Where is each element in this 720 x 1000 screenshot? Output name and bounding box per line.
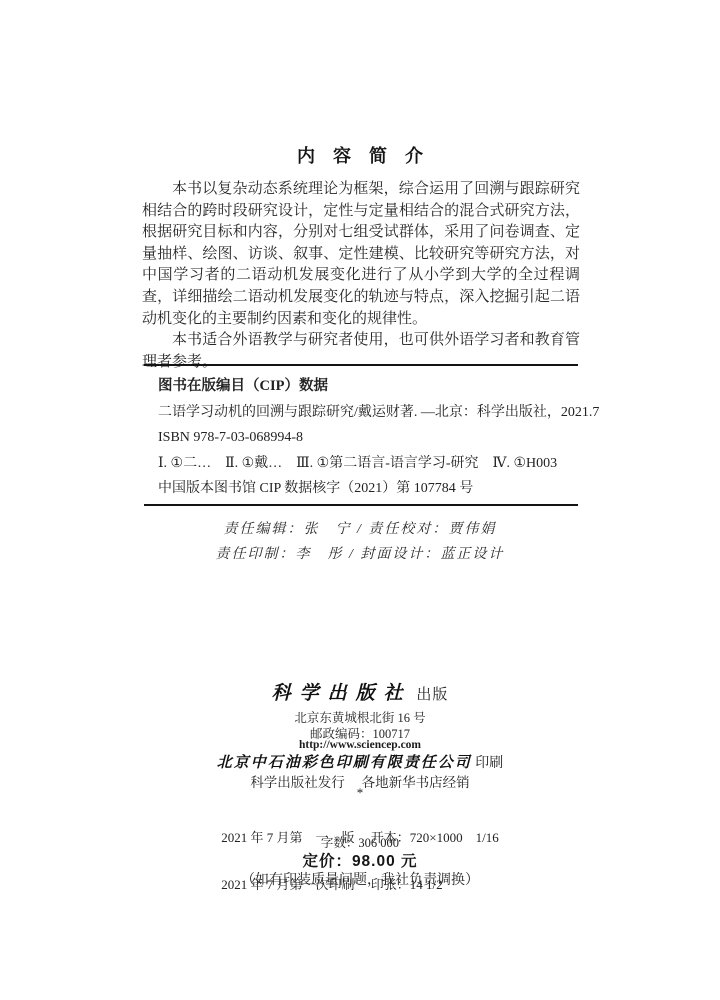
publisher-website: http://www.sciencep.com (0, 739, 720, 751)
credits-print-design: 责任印制：李 彤 / 封面设计：蓝正设计 (0, 542, 720, 567)
publisher-line: 科学出版社 出版 (0, 682, 720, 706)
publisher-suffix: 出版 (412, 687, 449, 703)
cip-isbn: ISBN 978-7-03-068994-8 (158, 425, 580, 451)
copyright-page: 内 容 简 介 本书以复杂动态系统理论为框架，综合运用了回溯与跟踪研究相结合的跨… (0, 0, 720, 1000)
abstract-paragraph-1: 本书以复杂动态系统理论为框架，综合运用了回溯与跟踪研究相结合的跨时段研究设计，定… (142, 179, 580, 330)
abstract-paragraph-2: 本书适合外语教学与研究者使用，也可供外语学习者和教育管理者参考。 (142, 330, 580, 373)
page-title: 内 容 简 介 (0, 142, 720, 168)
divider-bottom (144, 504, 578, 506)
credits-editors: 责任编辑：张 宁 / 责任校对：贾伟娟 (0, 517, 720, 542)
quality-note: （如有印装质量问题，我社负责调换） (0, 869, 720, 889)
cip-record-number: 中国版本图书馆 CIP 数据核字（2021）第 107784 号 (158, 476, 580, 502)
cip-entry: 二语学习动机的回溯与跟踪研究/戴运财著. —北京：科学出版社，2021.7 (158, 400, 580, 426)
publisher-logo-text: 科学出版社 (272, 683, 412, 704)
cip-block: 图书在版编目（CIP）数据 二语学习动机的回溯与跟踪研究/戴运财著. —北京：科… (158, 374, 580, 502)
cip-heading: 图书在版编目（CIP）数据 (158, 374, 580, 400)
divider-top (144, 364, 578, 366)
abstract-block: 本书以复杂动态系统理论为框架，综合运用了回溯与跟踪研究相结合的跨时段研究设计，定… (142, 179, 580, 373)
price: 定价：98.00 元 (0, 849, 720, 871)
printer-name: 北京中石油彩色印刷有限责任公司 (217, 755, 472, 771)
staff-credits: 责任编辑：张 宁 / 责任校对：贾伟娟 责任印制：李 彤 / 封面设计：蓝正设计 (0, 517, 720, 567)
cip-classification: Ⅰ. ①二… Ⅱ. ①戴… Ⅲ. ①第二语言-语言学习-研究 Ⅳ. ①H003 (158, 451, 580, 477)
printer-suffix: 印刷 (472, 756, 504, 771)
